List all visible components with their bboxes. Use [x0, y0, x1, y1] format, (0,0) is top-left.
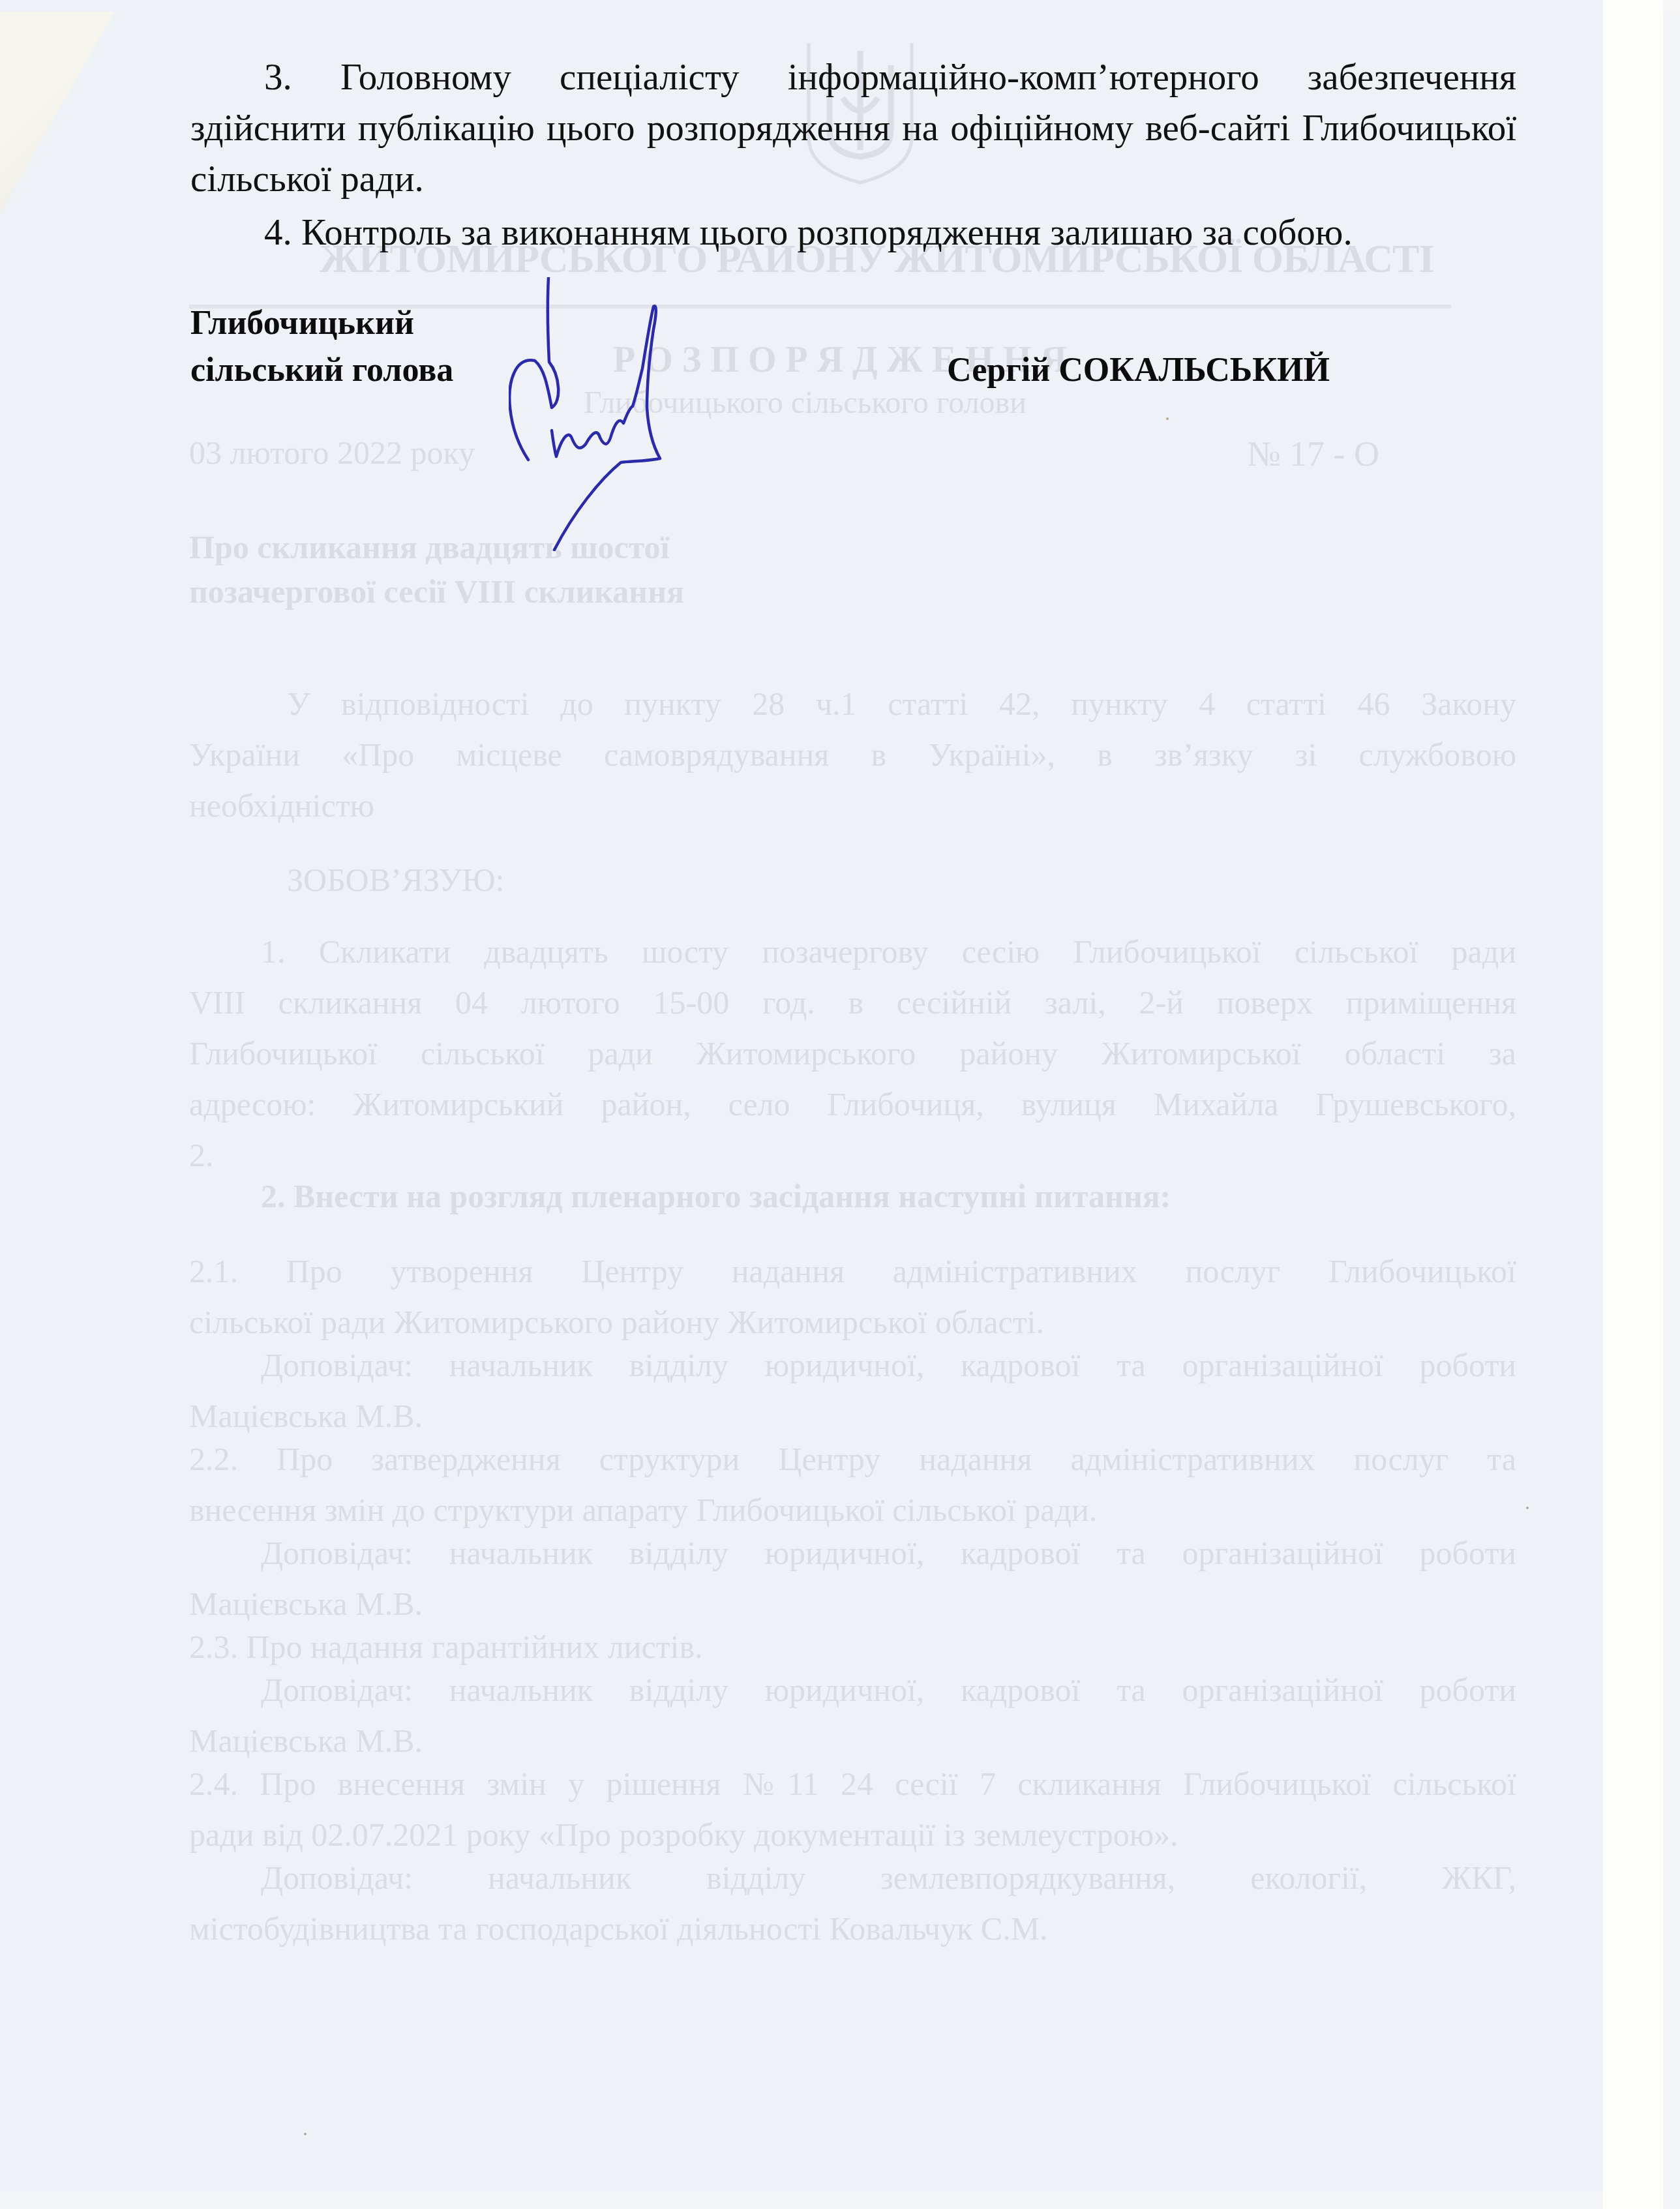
- ghost-body-line: 1. Скликати двадцять шосту позачергову с…: [261, 933, 1516, 970]
- ghost-body-line: У відповідності до пункту 28 ч.1 статті …: [287, 685, 1516, 723]
- scan-speck: [1526, 1507, 1529, 1509]
- signatory-title-line-2: сільський голова: [190, 347, 453, 394]
- ghost-body-line: Мацієвська М.В.: [189, 1397, 423, 1435]
- paragraph-item-3-line-1: 3. Головному спеціалісту інформаційно-ко…: [264, 52, 1516, 103]
- ghost-body-line: Мацієвська М.В.: [189, 1722, 423, 1760]
- ghost-body-line: 2. Внести на розгляд пленарного засіданн…: [261, 1177, 1171, 1215]
- ghost-body-line: внесення змін до структури апарату Глибо…: [189, 1491, 1097, 1529]
- ghost-body-line: ради від 02.07.2021 року «Про розробку д…: [189, 1816, 1178, 1854]
- handwritten-signature: [509, 277, 835, 551]
- ghost-body-line: України «Про місцеве самоврядування в Ук…: [189, 736, 1516, 774]
- scanner-backdrop: [1603, 0, 1663, 2209]
- signatory-title-line-1: Глибочицький: [190, 300, 414, 347]
- ghost-body-line: 2.3. Про надання гарантійних листів.: [189, 1628, 703, 1666]
- paragraph-item-3-line-3: сільської ради.: [190, 154, 424, 205]
- ghost-body-line: Доповідач: начальник відділу юридичної, …: [261, 1346, 1516, 1384]
- paragraph-item-4: 4. Контроль за виконанням цього розпоряд…: [264, 207, 1353, 258]
- ghost-subject-2: позачергової сесії VIII скликання: [189, 573, 684, 610]
- ghost-body-line: ЗОБОВ’ЯЗУЮ:: [287, 861, 504, 899]
- ghost-body-line: Глибочицької сільської ради Житомирськог…: [189, 1034, 1516, 1072]
- document-page: ЖИТОМИРСЬКОГО РАЙОНУ ЖИТОМИРСЬКОЇ ОБЛАСТ…: [0, 0, 1603, 2191]
- ghost-body-line: сільської ради Житомирського району Жито…: [189, 1303, 1044, 1341]
- scan-speck: [304, 2133, 307, 2135]
- signatory-name: Сергій СОКАЛЬСЬКИЙ: [947, 347, 1330, 394]
- scan-speck: [1166, 417, 1169, 420]
- ghost-body-line: Доповідач: начальник відділу юридичної, …: [261, 1671, 1516, 1709]
- ghost-body-line: 2.2. Про затвердження структури Центру н…: [189, 1440, 1516, 1478]
- ghost-body-line: 2.: [189, 1136, 214, 1174]
- ghost-body-line: 2.1. Про утворення Центру надання адміні…: [189, 1252, 1516, 1290]
- ghost-body-line: VIII скликання 04 лютого 15-00 год. в се…: [189, 984, 1516, 1021]
- ghost-body-line: Мацієвська М.В.: [189, 1585, 423, 1623]
- ghost-body-line: 2.4. Про внесення змін у рішення №11 24 …: [189, 1765, 1516, 1803]
- ghost-body-line: необхідністю: [189, 787, 374, 824]
- ghost-body-line: Доповідач: начальник відділу юридичної, …: [261, 1534, 1516, 1572]
- ghost-body-line: адресою: Житомирський район, село Глибоч…: [189, 1085, 1516, 1123]
- ghost-body-line: містобудівництва та господарської діяльн…: [189, 1910, 1048, 1947]
- paragraph-item-3-line-2: здійснити публікацію цього розпорядження…: [190, 103, 1516, 154]
- ghost-body-line: Доповідач: начальник відділу землевпоряд…: [261, 1859, 1516, 1897]
- ghost-date: 03 лютого 2022 року: [189, 434, 475, 472]
- ghost-number: № 17 - О: [1247, 434, 1379, 474]
